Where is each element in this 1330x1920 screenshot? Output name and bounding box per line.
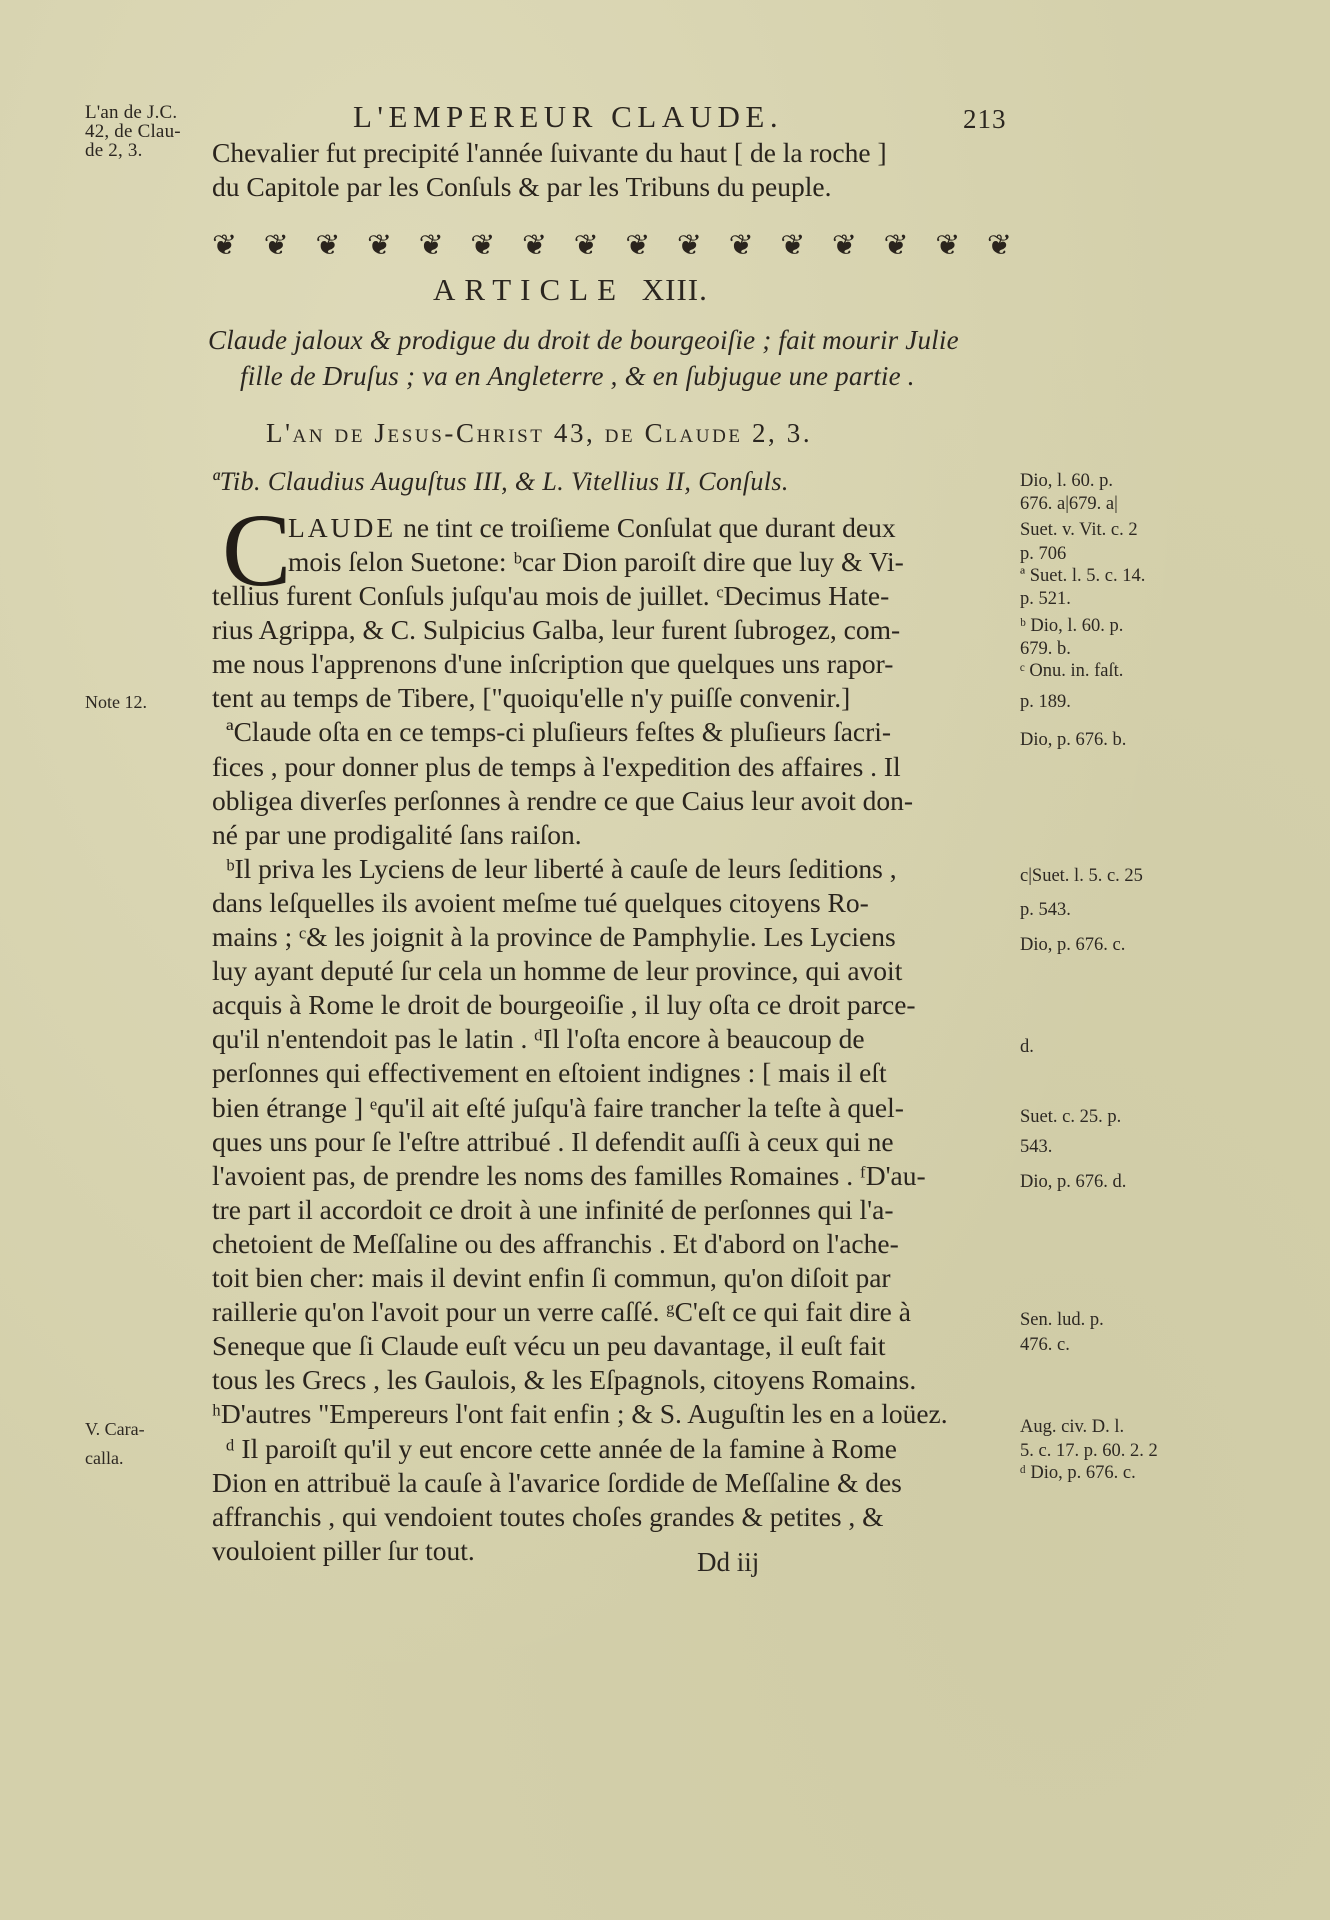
body-line-2: mois ſelon Suetone: ᵇcar Dion paroiſt di…: [288, 545, 904, 579]
body-line: mains ; ᶜ& les joignit à la province de …: [212, 920, 896, 954]
body-line: tellius furent Conſuls juſqu'au mois de …: [212, 579, 889, 613]
page-number: 213: [963, 104, 1007, 135]
fleuron-icon: ❦: [574, 228, 599, 261]
left-margin-note: V. Cara-: [85, 1417, 145, 1441]
fleuron-icon: ❦: [832, 228, 857, 261]
body-line: toit bien cher: mais il devint enfin ſi …: [212, 1261, 891, 1295]
year-heading: L'an de Jesus-Christ 43, de Claude 2, 3.: [266, 418, 812, 449]
fleuron-icon: ❦: [780, 228, 805, 261]
fleuron-icon: ❦: [419, 228, 444, 261]
fleuron-icon: ❦: [935, 228, 960, 261]
citation-note: d.: [1020, 1038, 1034, 1056]
body-line: l'avoient pas, de prendre les noms des f…: [212, 1159, 926, 1193]
body-line: me nous l'apprenons d'une inſcription qu…: [212, 647, 893, 681]
body-line: ʰD'autres "Empereurs l'ont fait enfin ; …: [212, 1397, 948, 1431]
body-line: rius Agrippa, & C. Sulpicius Galba, leur…: [212, 613, 900, 647]
fleuron-icon: ❦: [625, 228, 650, 261]
article-summary-line-2: fille de Druſus ; va en Angleterre , & e…: [240, 361, 915, 392]
citation-note: 679. b.: [1020, 640, 1071, 658]
fleuron-icon: ❦: [315, 228, 340, 261]
fleuron-icon: ❦: [470, 228, 495, 261]
citation-note: 476. c.: [1020, 1336, 1070, 1354]
citation-note: 5. c. 17. p. 60. 2. 2: [1020, 1442, 1158, 1460]
fleuron-icon: ❦: [264, 228, 289, 261]
fleuron-icon: ❦: [987, 228, 1012, 261]
intro-line-1: Chevalier fut precipité l'année ſuivante…: [212, 136, 887, 170]
body-line: Dion en attribuë la cauſe à l'avarice ſo…: [212, 1466, 902, 1500]
body-line: tent au temps de Tibere, ["quoiqu'elle n…: [212, 681, 850, 715]
intro-line-2: du Capitole par les Conſuls & par les Tr…: [212, 170, 831, 204]
body-line: qu'il n'entendoit pas le latin . ᵈIl l'o…: [212, 1022, 865, 1056]
body-line: bien étrange ] ᵉqu'il ait eſté juſqu'à f…: [212, 1091, 904, 1125]
citation-note: p. 521.: [1020, 590, 1071, 608]
body-line: ᵈ Il paroiſt qu'il y eut encore cette an…: [226, 1432, 897, 1466]
body-line: ques uns pour ſe l'eſtre attribué . Il d…: [212, 1125, 894, 1159]
citation-note: p. 706: [1020, 545, 1066, 563]
article-number: XIII.: [642, 272, 708, 307]
fleuron-icon: ❦: [367, 228, 392, 261]
body-line: obligea diverſes perſonnes à rendre ce q…: [212, 784, 913, 818]
fleuron-icon: ❦: [884, 228, 909, 261]
body-line: tous les Grecs , les Gaulois, & les Eſpa…: [212, 1363, 916, 1397]
body-line: vouloient piller ſur tout.: [212, 1534, 475, 1568]
body-line: chetoient de Meſſaline ou des affranchis…: [212, 1227, 899, 1261]
consuls-line: ªTib. Claudius Auguſtus III, & L. Vitell…: [212, 467, 789, 497]
signature-mark: Dd iij: [697, 1547, 759, 1578]
margin-date-line-2: 42, de Clau-: [85, 122, 181, 141]
body-line: affranchis , qui vendoient toutes choſes…: [212, 1500, 884, 1534]
body-line-1: LAUDE ne tint ce troiſieme Conſulat que …: [288, 511, 896, 545]
body-line: tre part il accordoit ce droit à une inf…: [212, 1193, 894, 1227]
body-line: perſonnes qui effectivement en eſtoient …: [212, 1056, 887, 1090]
body-line: ªClaude oſta en ce temps-ci pluſieurs fe…: [226, 715, 891, 749]
citation-note: Dio, p. 676. d.: [1020, 1173, 1126, 1191]
fleuron-icon: ❦: [522, 228, 547, 261]
citation-note: Dio, p. 676. b.: [1020, 731, 1126, 749]
ornament-band: ❦❦❦❦❦❦❦❦❦❦❦❦❦❦❦❦: [212, 228, 1012, 262]
body-line: luy ayant deputé ſur cela un homme de le…: [212, 954, 902, 988]
body-line: acquis à Rome le droit de bourgeoiſie , …: [212, 988, 916, 1022]
body-line: né par une prodigalité ſans raiſon.: [212, 818, 582, 852]
citation-note: 676. a|679. a|: [1020, 495, 1118, 513]
citation-note: c|Suet. l. 5. c. 25: [1020, 867, 1143, 885]
body-line: dans leſquelles ils avoient meſme tué qu…: [212, 886, 869, 920]
article-summary-line-1: Claude jaloux & prodigue du droit de bou…: [208, 325, 959, 356]
body-line: raillerie qu'on l'avoit pour un verre ca…: [212, 1295, 911, 1329]
citation-note: Suet. c. 25. p.: [1020, 1108, 1121, 1126]
citation-note: p. 189.: [1020, 693, 1071, 711]
fleuron-icon: ❦: [677, 228, 702, 261]
citation-note: Dio, p. 676. c.: [1020, 936, 1125, 954]
article-title: ARTICLE XIII.: [433, 272, 708, 308]
article-label: ARTICLE: [433, 272, 625, 307]
citation-note: 543.: [1020, 1138, 1052, 1156]
body-line: fices , pour donner plus de temps à l'ex…: [212, 750, 901, 784]
citation-note: Suet. v. Vit. c. 2: [1020, 521, 1138, 539]
citation-note: Sen. lud. p.: [1020, 1311, 1104, 1329]
body-line-1-text: ne tint ce troiſieme Conſulat que durant…: [403, 512, 896, 543]
citation-note: ª Suet. l. 5. c. 14.: [1020, 567, 1145, 585]
left-margin-note: calla.: [85, 1446, 123, 1470]
first-word-rest: LAUDE: [288, 512, 396, 543]
fleuron-icon: ❦: [729, 228, 754, 261]
left-margin-note: Note 12.: [85, 690, 147, 714]
citation-note: ᵇ Dio, l. 60. p.: [1020, 617, 1123, 635]
citation-note: ᵈ Dio, p. 676. c.: [1020, 1464, 1136, 1482]
body-line: Seneque que ſi Claude euſt vécu un peu d…: [212, 1329, 886, 1363]
margin-date-line-1: L'an de J.C.: [85, 103, 181, 122]
citation-note: Dio, l. 60. p.: [1020, 472, 1113, 490]
citation-note: ᶜ Onu. in. faſt.: [1020, 662, 1123, 680]
body-line: ᵇIl priva les Lyciens de leur liberté à …: [226, 852, 897, 886]
running-title: L'EMPEREUR CLAUDE.: [353, 99, 783, 135]
margin-date-note: L'an de J.C. 42, de Clau- de 2, 3.: [85, 103, 181, 160]
citation-note: Aug. civ. D. l.: [1020, 1418, 1124, 1436]
fleuron-icon: ❦: [212, 228, 237, 261]
citation-note: p. 543.: [1020, 901, 1071, 919]
margin-date-line-3: de 2, 3.: [85, 141, 181, 160]
